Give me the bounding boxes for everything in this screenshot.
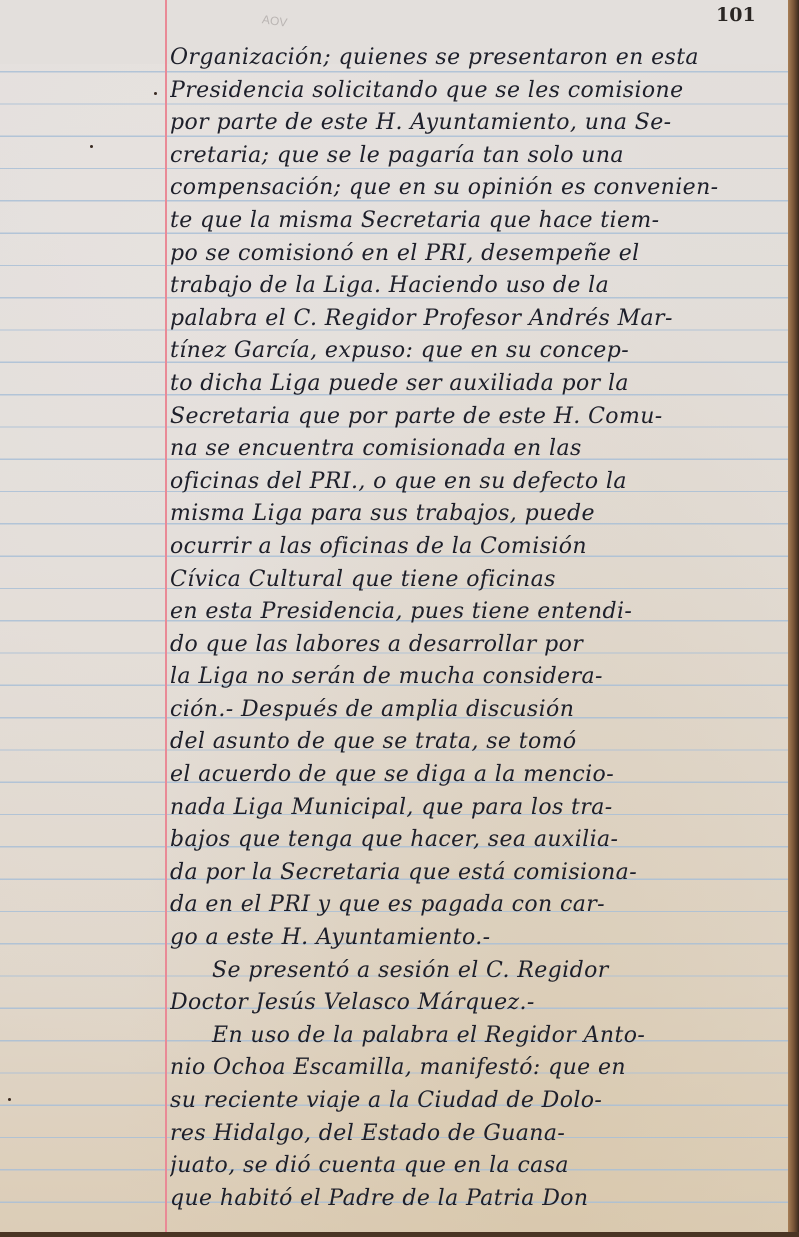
handwritten-line: Organización; quienes se presentaron en … — [170, 42, 780, 75]
handwritten-line: oficinas del PRI., o que en su defecto l… — [170, 466, 780, 499]
handwritten-line: Secretaria que por parte de este H. Comu… — [170, 401, 780, 434]
handwritten-line: go a este H. Ayuntamiento.- — [170, 922, 780, 955]
paper-speck — [8, 1098, 11, 1101]
handwritten-line: ocurrir a las oficinas de la Comisión — [170, 531, 780, 564]
handwritten-line: el acuerdo de que se diga a la mencio- — [170, 759, 780, 792]
handwritten-line: bajos que tenga que hacer, sea auxilia- — [170, 824, 780, 857]
handwritten-line: res Hidalgo, del Estado de Guana- — [170, 1118, 780, 1151]
handwritten-line: compensación; que en su opinión es conve… — [170, 172, 780, 205]
handwritten-line: En uso de la palabra el Regidor Anto- — [170, 1020, 780, 1053]
handwritten-line: nio Ochoa Escamilla, manifestó: que en — [170, 1052, 780, 1085]
paper-speck — [90, 145, 93, 148]
handwritten-line: juato, se dió cuenta que en la casa — [170, 1150, 780, 1183]
handwritten-line: trabajo de la Liga. Haciendo uso de la — [170, 270, 780, 303]
red-margin-line — [165, 0, 167, 1232]
handwritten-line: cretaria; que se le pagaría tan solo una — [170, 140, 780, 173]
handwritten-line: que habitó el Padre de la Patria Don — [170, 1183, 780, 1216]
handwritten-line: to dicha Liga puede ser auxiliada por la — [170, 368, 780, 401]
handwritten-line: po se comisionó en el PRI, desempeñe el — [170, 238, 780, 271]
handwritten-line: ción.- Después de amplia discusión — [170, 694, 780, 727]
ledger-page: VOA 101 Organización; quienes se present… — [0, 0, 788, 1232]
handwritten-line: Doctor Jesús Velasco Márquez.- — [170, 987, 780, 1020]
handwritten-line: do que las labores a desarrollar por — [170, 629, 780, 662]
handwritten-line: da en el PRI y que es pagada con car- — [170, 889, 780, 922]
handwritten-line: misma Liga para sus trabajos, puede — [170, 498, 780, 531]
book-edge — [788, 0, 799, 1237]
handwritten-line: da por la Secretaria que está comisiona- — [170, 857, 780, 890]
handwritten-line: palabra el C. Regidor Profesor Andrés Ma… — [170, 303, 780, 336]
handwritten-line: del asunto de que se trata, se tomó — [170, 726, 780, 759]
handwritten-line: por parte de este H. Ayuntamiento, una S… — [170, 107, 780, 140]
handwritten-text-body: Organización; quienes se presentaron en … — [170, 42, 780, 1215]
handwritten-line: la Liga no serán de mucha considera- — [170, 661, 780, 694]
handwritten-line: Presidencia solicitando que se les comis… — [170, 75, 780, 108]
handwritten-line: Se presentó a sesión el C. Regidor — [170, 955, 780, 988]
page-number: 101 — [716, 4, 756, 26]
handwritten-line: te que la misma Secretaria que hace tiem… — [170, 205, 780, 238]
handwritten-line: na se encuentra comisionada en las — [170, 433, 780, 466]
handwritten-line: tínez García, expuso: que en su concep- — [170, 335, 780, 368]
handwritten-line: su reciente viaje a la Ciudad de Dolo- — [170, 1085, 780, 1118]
handwritten-line: en esta Presidencia, pues tiene entendi- — [170, 596, 780, 629]
paper-speck — [154, 92, 157, 95]
handwritten-line: nada Liga Municipal, que para los tra- — [170, 792, 780, 825]
book-bottom-edge — [0, 1232, 799, 1237]
handwritten-line: Cívica Cultural que tiene oficinas — [170, 564, 780, 597]
